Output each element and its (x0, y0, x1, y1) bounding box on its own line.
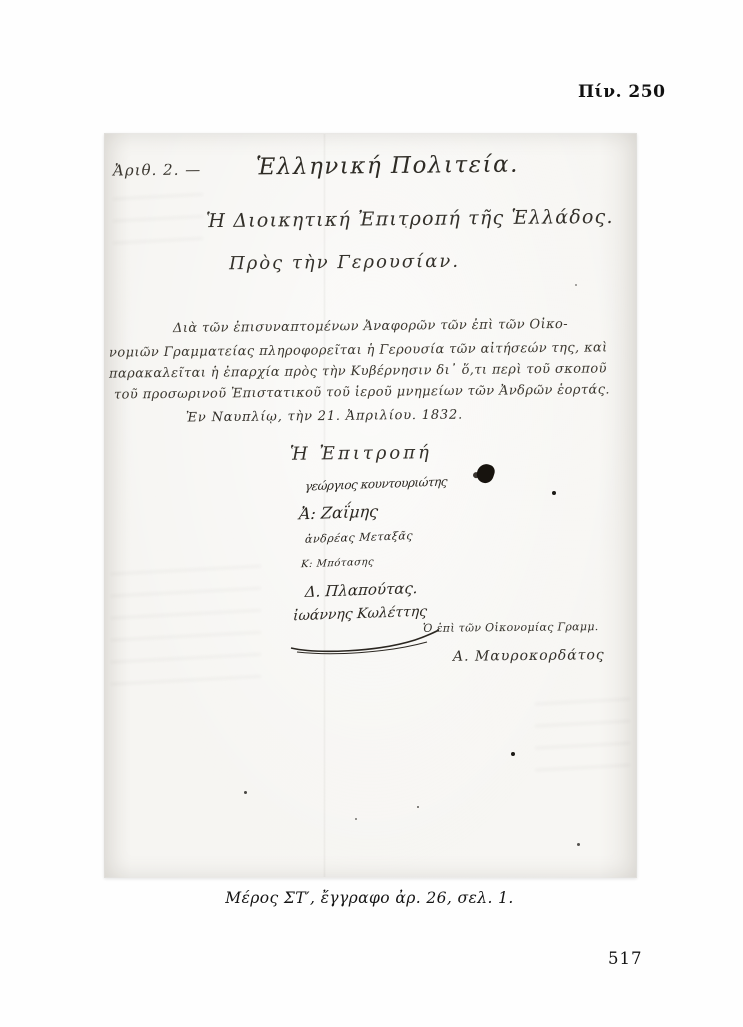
caption: Μέρος ΣΤ′, ἔγγραφο ἀρ. 26, σελ. 1. (104, 889, 635, 907)
ink-speck (511, 752, 515, 756)
ink-speck (244, 791, 247, 794)
page-number: 517 (608, 949, 643, 968)
ink-blot (474, 462, 496, 485)
signature: ἀνδρέας Μεταξᾶς (305, 529, 414, 546)
bleedthrough-artifact (111, 564, 261, 694)
document-title: Ἑλληνική Πολιτεία. (256, 152, 519, 181)
ink-speck (417, 806, 419, 808)
signature: Δ. Πλαπούτας. (304, 579, 418, 601)
signature: Κ: Μπότασης (301, 557, 375, 571)
ink-speck (575, 284, 577, 286)
bleedthrough-artifact (113, 189, 203, 249)
ink-speck (355, 818, 357, 820)
ink-speck (552, 491, 556, 495)
body-line: Διὰ τῶν ἐπισυναπτομένων Ἀναφορῶν τῶν ἐπὶ… (173, 317, 568, 336)
plate-number: Πίν. 250 (578, 82, 665, 102)
body-line: νομιῶν Γραμματείας πληροφορεῖται ἡ Γερου… (109, 340, 608, 360)
manuscript-scan: Ἀριθ. 2. — Ἑλληνική Πολιτεία. Ἡ Διοικητι… (104, 133, 637, 878)
ref-number: Ἀριθ. 2. — (113, 161, 201, 180)
secretary-title: Ὁ ἐπὶ τῶν Οἰκονομίας Γραμμ. (423, 620, 599, 635)
bleedthrough-artifact (535, 694, 630, 784)
secretary-signature: Α. Μαυροκορδάτος (453, 647, 605, 665)
committee-heading: Ἡ Ἐπιτροπή (290, 442, 432, 464)
signature: ἰωάννης Κωλέττης (292, 604, 427, 625)
body-line: τοῦ προσωρινοῦ Ἐπιστατικοῦ τοῦ ἱεροῦ μνη… (114, 382, 610, 402)
body-line: παρακαλεῖται ἡ ἐπαρχία πρὸς τὴν Κυβέρνησ… (109, 361, 607, 381)
ink-speck (577, 843, 580, 846)
book-page: Πίν. 250 Ἀριθ. 2. — Ἑλληνική Πολιτεία. Ἡ… (0, 0, 743, 1027)
signature: Ἀ: Ζαΐμης (298, 502, 378, 524)
dateline: Ἐν Ναυπλίῳ, τὴν 21. Ἀπριλίου. 1832. (186, 408, 463, 426)
sender-line: Ἡ Διοικητική Ἐπιτροπή τῆς Ἑλλάδος. (206, 206, 614, 232)
addressee-line: Πρὸς τὴν Γερουσίαν. (229, 251, 460, 274)
ink-speck (405, 226, 407, 228)
